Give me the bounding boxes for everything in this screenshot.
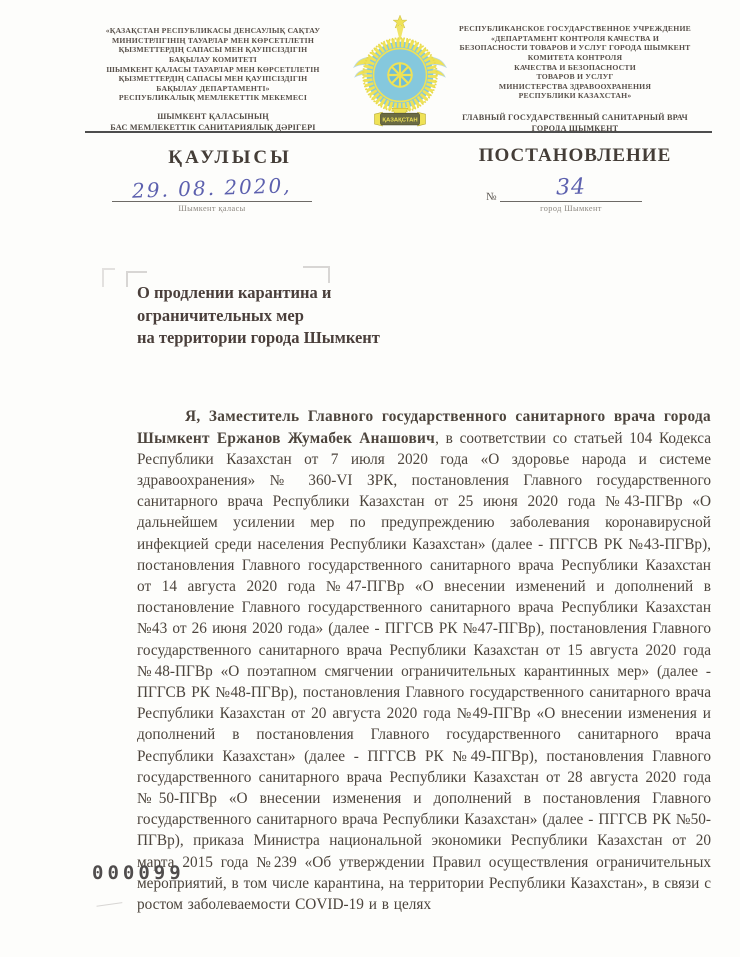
letterhead-ru-line: БЕЗОПАСНОСТИ ТОВАРОВ И УСЛУГ ГОРОДА ШЫМК… [430,43,720,53]
letterhead-kk-line: МИНИСТРЛІГІНІҢ ТАУАРЛАР МЕН КӨРСЕТІЛЕТІН [86,36,340,46]
letterhead-kk-line: ШЫМКЕНТ ҚАЛАСЫ ТАУАРЛАР МЕН КӨРСЕТІЛЕТІН [86,65,340,75]
decree-heading-russian: ПОСТАНОВЛЕНИЕ [428,145,722,167]
number-caption: город Шымкент [500,204,642,213]
letterhead-kazakh-block: «ҚАЗАҚСТАН РЕСПУБЛИКАСЫ ДЕНСАУЛЫҚ САҚТАУ… [86,26,340,133]
letterhead-kk-line: РЕСПУБЛИКАЛЫҚ МЕМЛЕКЕТТІК МЕКЕМЕСІ [86,93,340,103]
letterhead-kk-line: ҚЫЗМЕТТЕРДІҢ САПАСЫ МЕН ҚАУІПСІЗДІГІН [86,74,340,84]
scan-artifact [102,268,115,287]
pencil-mark [96,896,123,907]
letterhead-russian-block: РЕСПУБЛИКАНСКОЕ ГОСУДАРСТВЕННОЕ УЧРЕЖДЕН… [430,24,720,134]
letterhead-kk-line: БАҚЫЛАУ КОМИТЕТІ [86,55,340,65]
letterhead-ru-line: КОМИТЕТА КОНТРОЛЯ [430,53,720,63]
page-number-stamp: 000099 [92,862,185,884]
scan-artifact [303,266,330,283]
letterhead-ru-line: «ДЕПАРТАМЕНТ КОНТРОЛЯ КАЧЕСТВА И [430,34,720,44]
letterhead-ru-line: ТОВАРОВ И УСЛУГ [430,72,720,82]
emblem-banner-label: ҚАЗАҚСТАН [382,118,417,124]
document-title-line: ограничительных мер [137,305,557,328]
decree-body-text: , в соответствии со статьей 104 Кодекса … [137,430,711,913]
letterhead-kk-line: БАҚЫЛАУ ДЕПАРТАМЕНТІ» [86,84,340,94]
date-caption: Шымкент қаласы [112,204,312,213]
letterhead-kk-line: «ҚАЗАҚСТАН РЕСПУБЛИКАСЫ ДЕНСАУЛЫҚ САҚТАУ [86,26,340,36]
scanned-decree-page: «ҚАЗАҚСТАН РЕСПУБЛИКАСЫ ДЕНСАУЛЫҚ САҚТАУ… [0,0,740,957]
letterhead-ru-line: РЕСПУБЛИКАНСКОЕ ГОСУДАРСТВЕННОЕ УЧРЕЖДЕН… [430,24,720,34]
letterhead-kk-line: ҚЫЗМЕТТЕРДІҢ САПАСЫ МЕН ҚАУІПСІЗДІГІН [86,45,340,55]
document-title: О продлении карантина и ограничительных … [137,282,557,350]
letterhead-divider [85,131,712,133]
number-field: 34 [500,175,642,202]
document-title-line: на территории города Шымкент [137,327,557,350]
letterhead-ru-line: МИНИСТЕРСТВА ЗДРАВООХРАНЕНИЯ [430,82,720,92]
letterhead-ru-line: КАЧЕСТВА И БЕЗОПАСНОСТИ [430,63,720,73]
date-field: 29. 08. 2020, [112,175,312,202]
handwritten-number: 34 [556,174,587,200]
number-sign: № [486,191,497,203]
letterhead-ru-line: РЕСПУБЛИКИ КАЗАХСТАН» [430,91,720,101]
decree-body-paragraph: Я, Заместитель Главного государственного… [137,406,711,915]
decree-heading-kazakh: ҚАУЛЫСЫ [88,147,372,169]
document-title-line: О продлении карантина и [137,282,557,305]
handwritten-date: 29. 08. 2020, [132,173,292,203]
